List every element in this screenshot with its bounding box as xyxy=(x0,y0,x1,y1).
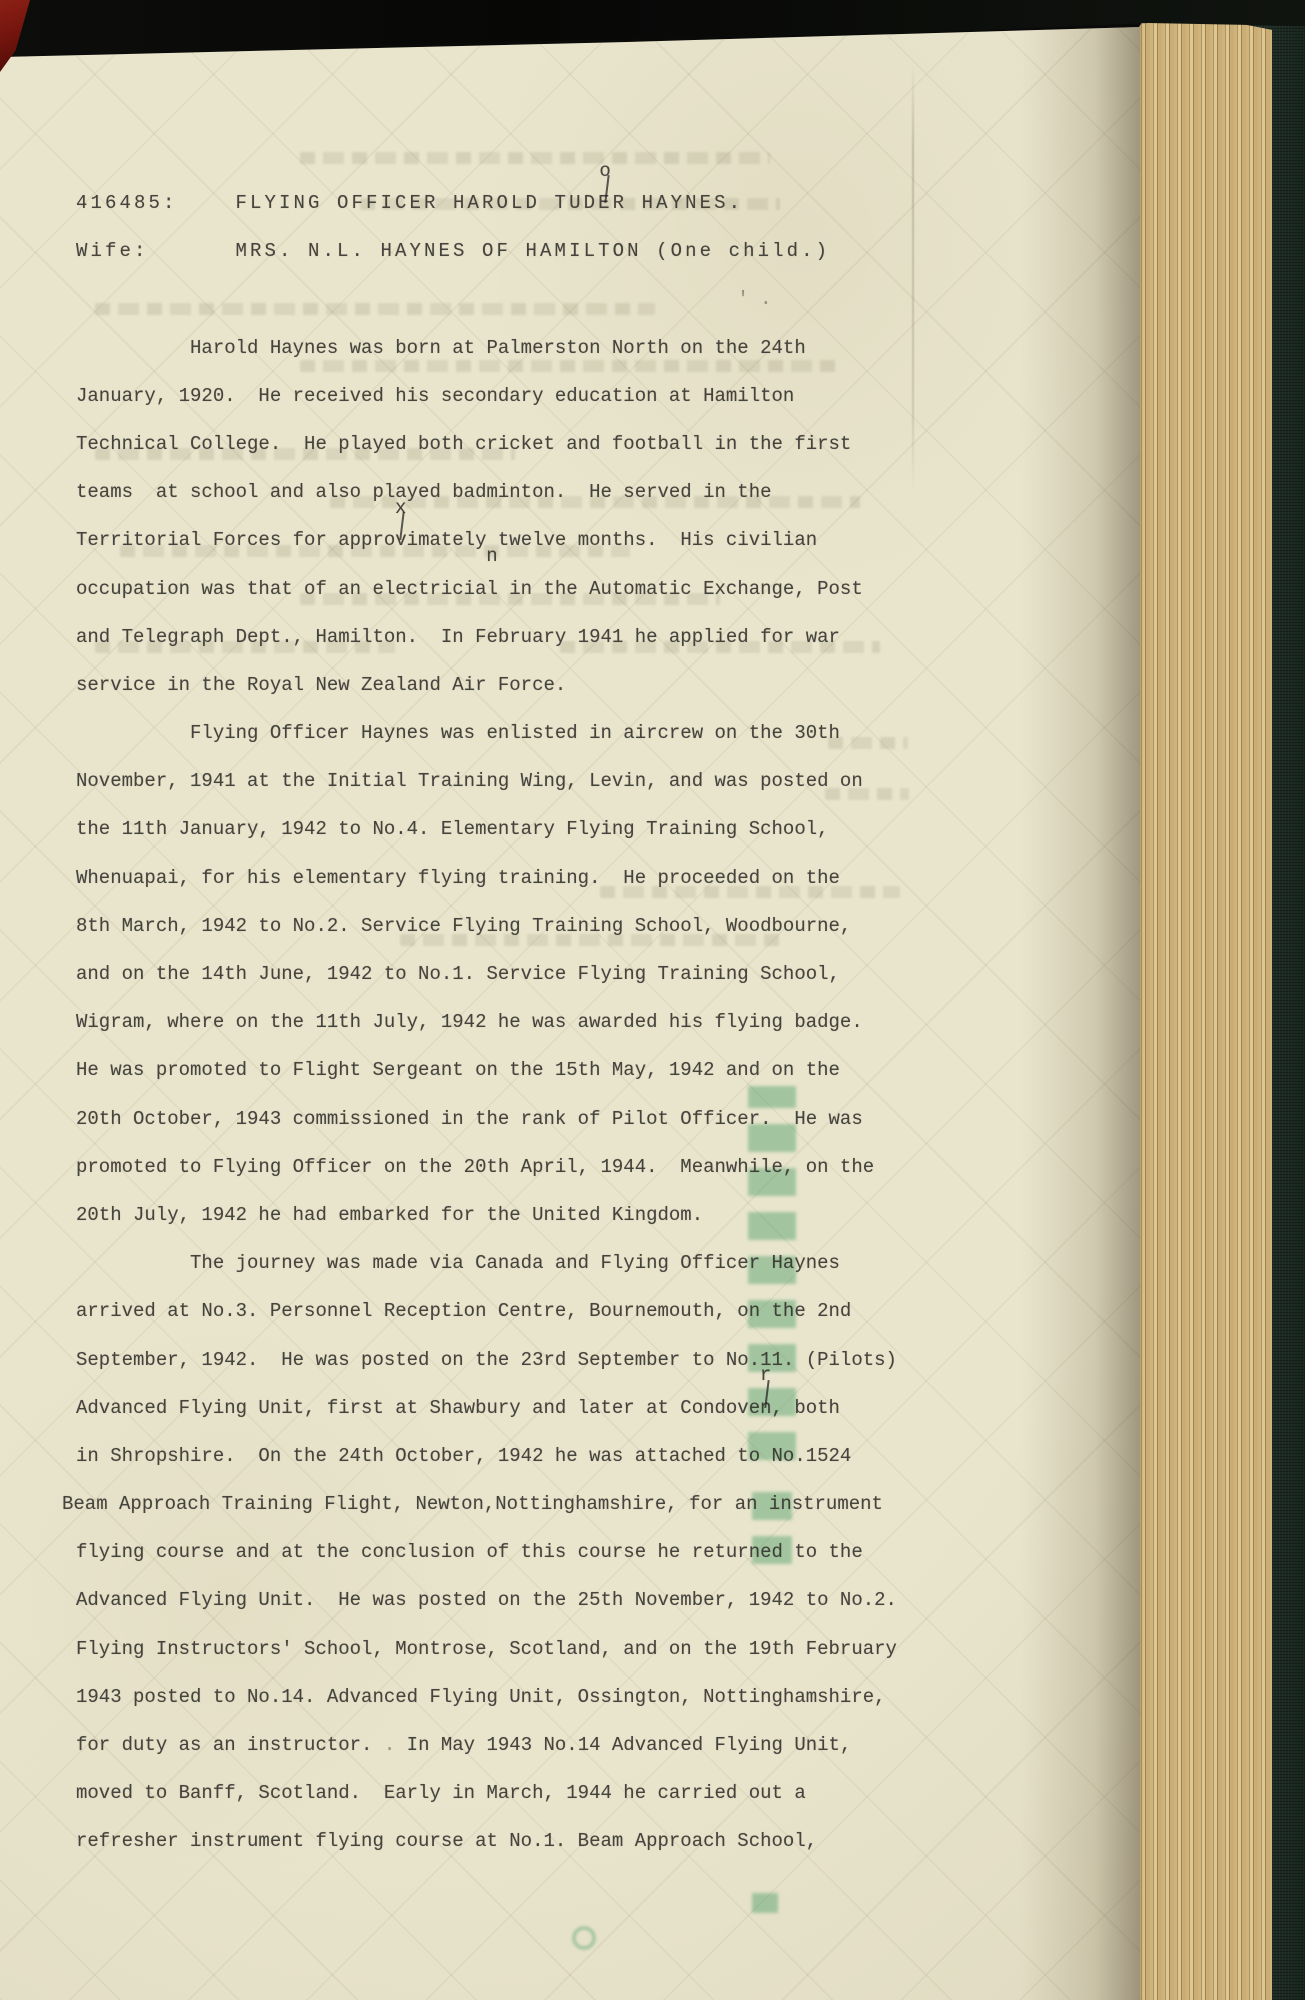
typed-line: He was promoted to Flight Sergeant on th… xyxy=(76,1046,1076,1094)
screenshot-root: 416485: FLYING OFFICER HAROLD TUDEoR HAY… xyxy=(0,0,1305,2000)
typed-line: Territorial Forces for approvximately tw… xyxy=(76,516,1076,564)
faint-mark: . xyxy=(384,1721,407,1769)
typed-line: arrived at No.3. Personnel Reception Cen… xyxy=(76,1287,1076,1335)
typed-line: Flying Instructors' School, Montrose, Sc… xyxy=(76,1625,1076,1673)
typed-line: Beam Approach Training Flight, Newton,No… xyxy=(62,1480,1076,1528)
faint-mark: ' . xyxy=(737,275,771,323)
typed-line: service in the Royal New Zealand Air For… xyxy=(76,661,1076,709)
typed-line: Whenuapai, for his elementary flying tra… xyxy=(76,854,1076,902)
typed-line: Advanced Flying Unit, first at Shawbury … xyxy=(76,1384,1076,1432)
typed-line: refresher instrument flying course at No… xyxy=(76,1817,1076,1865)
typed-line: 416485: FLYING OFFICER HAROLD TUDEoR HAY… xyxy=(76,179,1076,227)
typed-text: 416485: FLYING OFFICER HAROLD TUDEoR HAY… xyxy=(76,179,1076,1866)
page-edge-stack xyxy=(1126,0,1272,2000)
typed-line: promoted to Flying Officer on the 20th A… xyxy=(76,1143,1076,1191)
green-stamp-bleed xyxy=(572,1926,596,1950)
typed-line: November, 1941 at the Initial Training W… xyxy=(76,757,1076,805)
typed-line: and Telegraph Dept., Hamilton. In Februa… xyxy=(76,613,1076,661)
typed-line: September, 1942. He was posted on the 23… xyxy=(76,1336,1076,1384)
typed-line: for duty as an instructor. . In May 1943… xyxy=(76,1721,1076,1769)
typed-line: teams at school and also played badminto… xyxy=(76,468,1076,516)
typed-correction: vx xyxy=(395,516,406,564)
typed-correction: Eo xyxy=(598,179,613,227)
typed-line: 20th October, 1943 commissioned in the r… xyxy=(76,1095,1076,1143)
typed-line: flying course and at the conclusion of t… xyxy=(76,1528,1076,1576)
correction-above: x xyxy=(395,499,406,518)
typed-line: Wife: MRS. N.L. HAYNES OF HAMILTON (One … xyxy=(76,227,1076,275)
typed-line: Wigram, where on the 11th July, 1942 he … xyxy=(76,998,1076,1046)
typed-line: ' . xyxy=(76,275,1076,323)
typed-line: the 11th January, 1942 to No.4. Elementa… xyxy=(76,805,1076,853)
typed-line: Technical College. He played both cricke… xyxy=(76,420,1076,468)
typed-line: Harold Haynes was born at Palmerston Nor… xyxy=(76,324,1076,372)
typed-line: 8th March, 1942 to No.2. Service Flying … xyxy=(76,902,1076,950)
bleed-through xyxy=(300,152,770,164)
typed-line: 20th July, 1942 he had embarked for the … xyxy=(76,1191,1076,1239)
correction-above: o xyxy=(599,162,610,181)
typed-line: The journey was made via Canada and Flyi… xyxy=(76,1239,1076,1287)
typed-correction: ln xyxy=(486,565,497,613)
correction-above: r xyxy=(760,1366,771,1385)
typed-line: moved to Banff, Scotland. Early in March… xyxy=(76,1769,1076,1817)
typed-line: Flying Officer Haynes was enlisted in ai… xyxy=(76,709,1076,757)
typed-line: 1943 posted to No.14. Advanced Flying Un… xyxy=(76,1673,1076,1721)
typed-line: in Shropshire. On the 24th October, 1942… xyxy=(76,1432,1076,1480)
typed-line: January, 1920. He received his secondary… xyxy=(76,372,1076,420)
correction-above: n xyxy=(486,547,497,566)
green-stamp-bleed xyxy=(752,1893,778,1919)
typed-correction: nr xyxy=(760,1384,771,1432)
typed-line: Advanced Flying Unit. He was posted on t… xyxy=(76,1576,1076,1624)
typed-line: and on the 14th June, 1942 to No.1. Serv… xyxy=(76,950,1076,998)
typed-line: occupation was that of an electricialn i… xyxy=(76,565,1076,613)
